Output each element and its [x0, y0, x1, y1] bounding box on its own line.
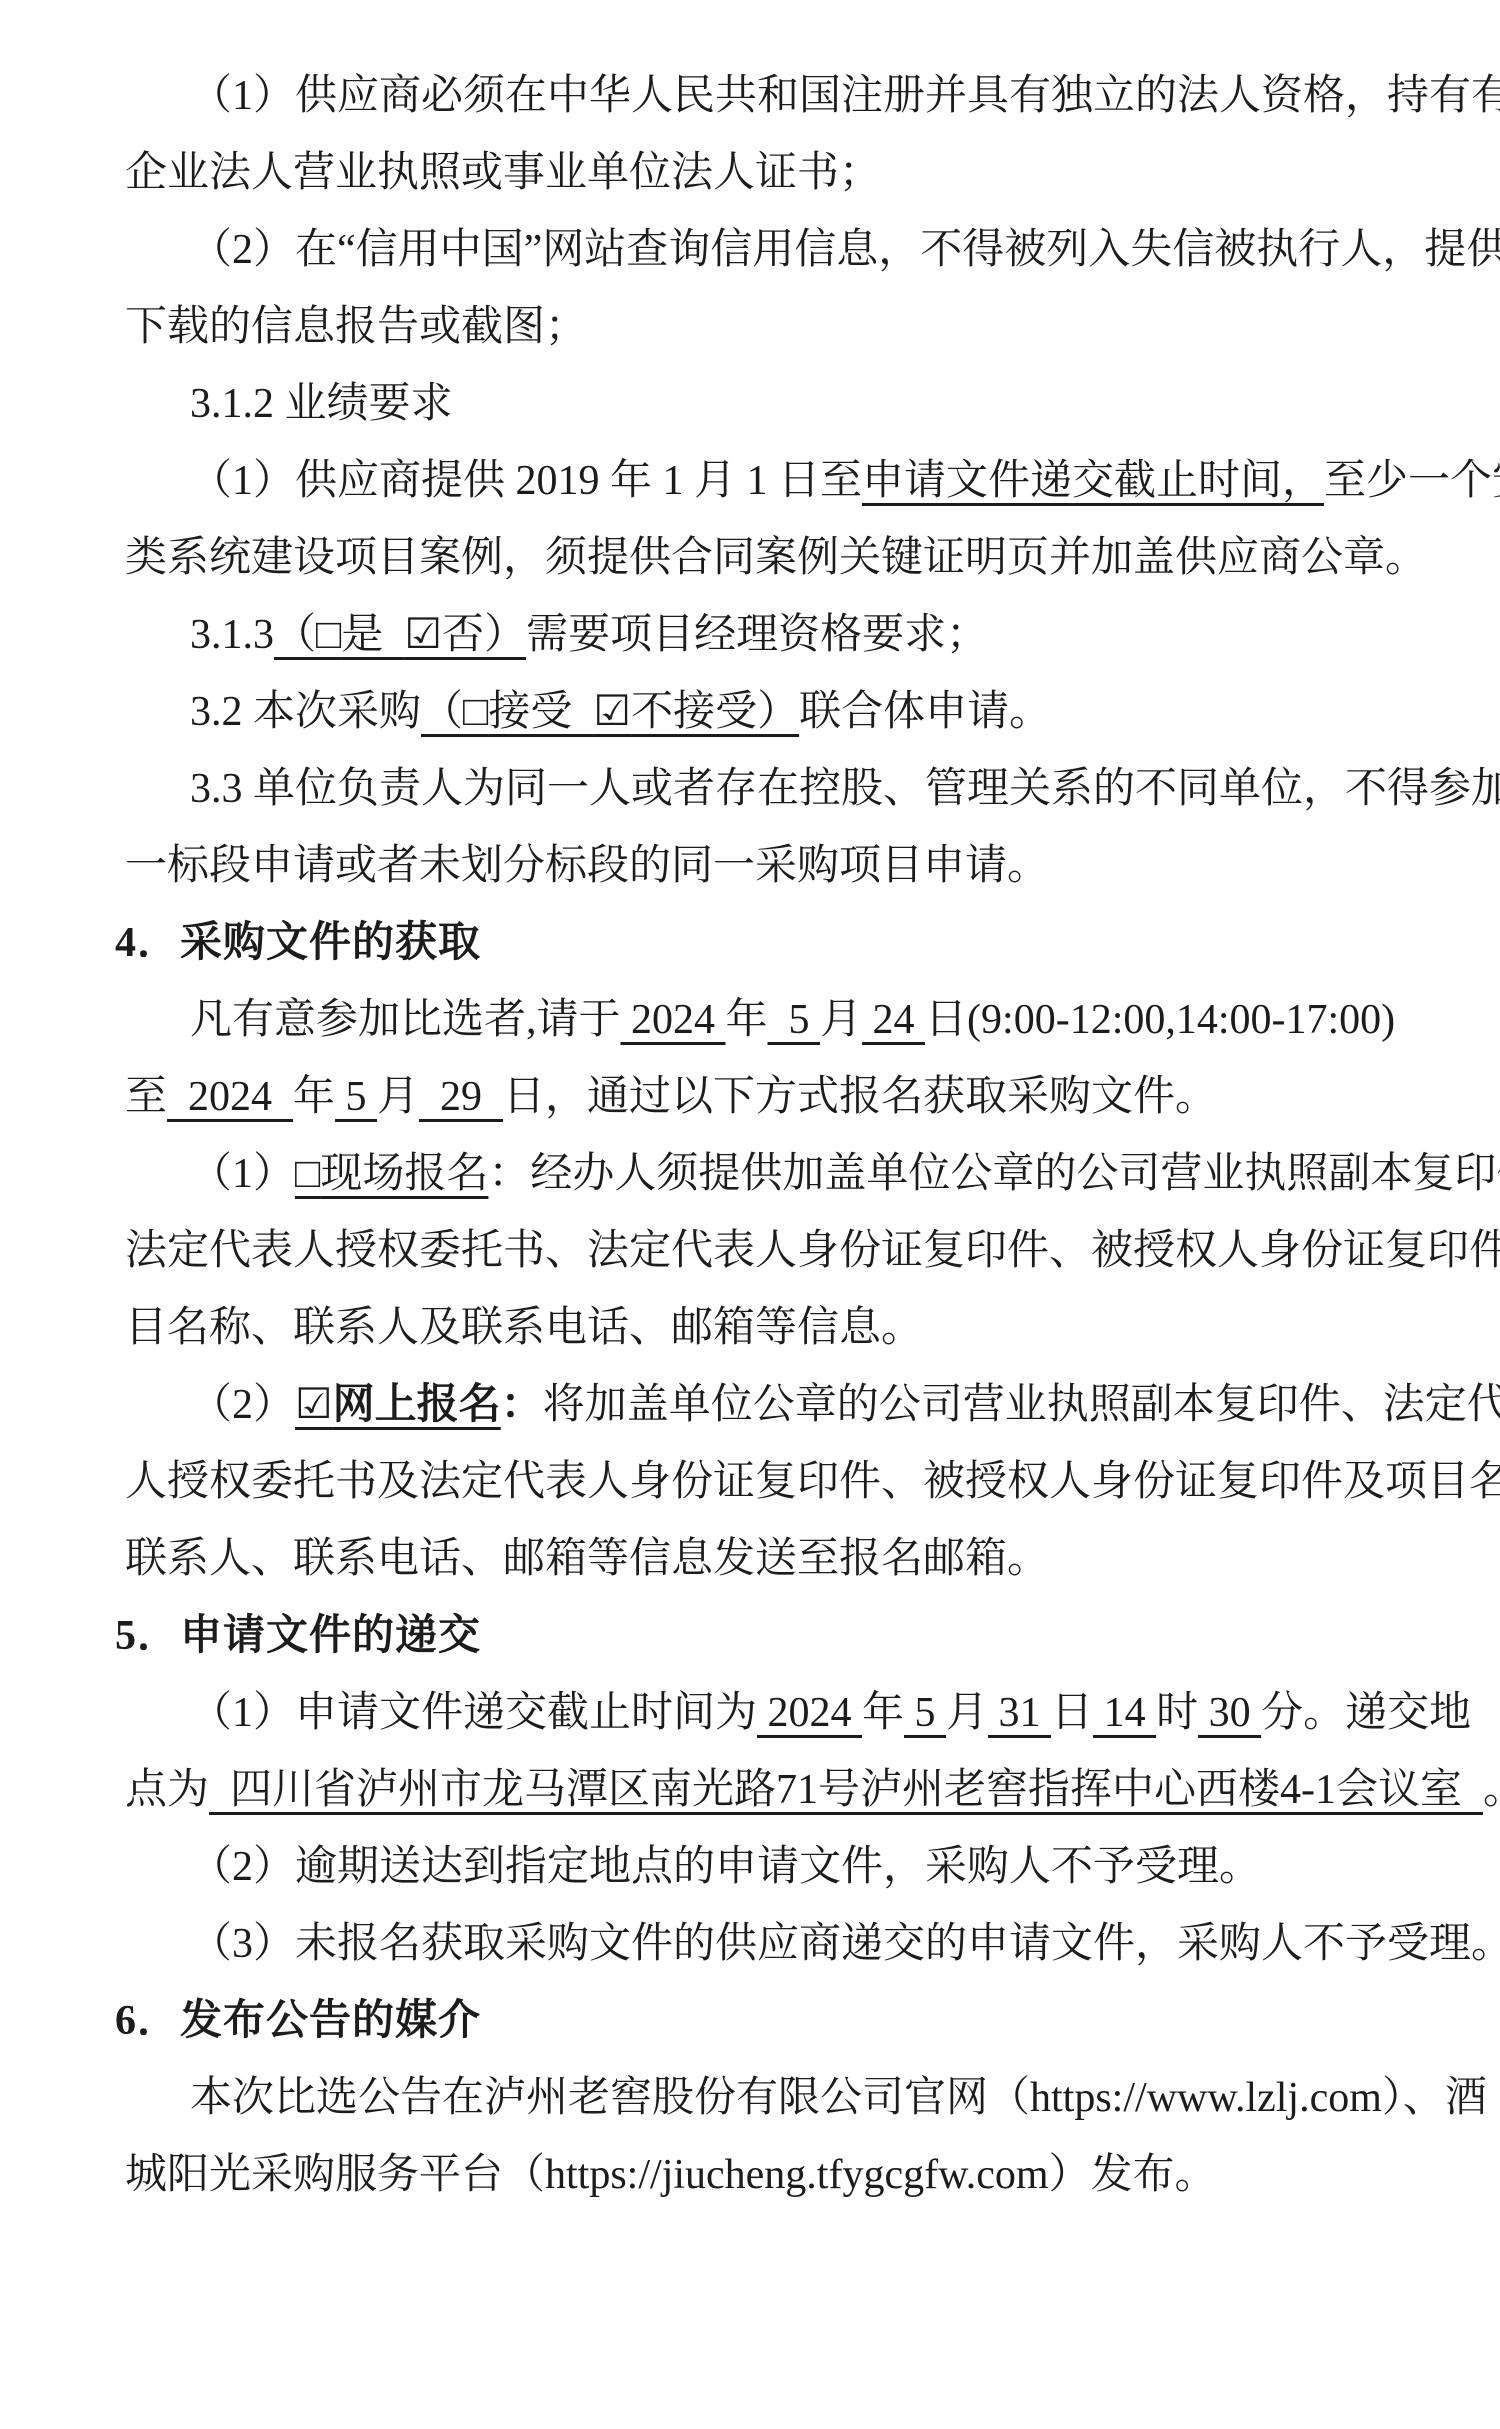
text-run: 4．采购文件的获取 — [115, 920, 481, 966]
text-run: 5．申请文件的递交 — [115, 1613, 481, 1659]
text-run: 需要项目经理资格要求； — [526, 612, 988, 658]
text-run: ： — [501, 1382, 543, 1428]
text-run: （ — [274, 612, 316, 658]
text-run: 将加盖单位公章的公司营业执照副本复印件、法定代表 — [543, 1382, 1500, 1428]
text-run: 本次比选公告在泸州老窖股份有限公司官网（https://www.lzlj.com… — [190, 2075, 1487, 2121]
text-run: 否） — [442, 612, 526, 658]
text-run: 类系统建设项目案例，须提供合同案例关键证明页并加盖供应商公章。 — [125, 535, 1427, 581]
text-run: （2）逾期送达到指定地点的申请文件，采购人不予受理。 — [190, 1844, 1261, 1890]
clause-3-3-cont: 一标段申请或者未划分标段的同一采购项目申请。 — [115, 828, 1430, 905]
text-run: 不接受） — [631, 689, 799, 735]
text-run: 3.2 本次采购 — [190, 689, 421, 735]
text-run: 是 — [341, 612, 404, 658]
para-online-registration: （2）☑网上报名：将加盖单位公章的公司营业执照副本复印件、法定代表 — [115, 1367, 1430, 1444]
text-run: 3.1.3 — [190, 612, 274, 658]
para-document-acquisition-cont: 至 2024 年 5 月 29 日，通过以下方式报名获取采购文件。 — [115, 1059, 1430, 1136]
text-run: （2）在“信用中国”网站查询信用信息，不得被列入失信被执行人，提供 — [190, 227, 1500, 273]
checkbox-unchecked-icon: □ — [295, 1151, 320, 1197]
text-run: 14 — [1093, 1690, 1156, 1736]
text-run: 。 — [1483, 1767, 1500, 1813]
text-run: 31 — [988, 1690, 1051, 1736]
checkbox-checked-icon: ☑ — [593, 689, 631, 735]
text-run: （1）申请文件递交截止时间为 — [190, 1690, 757, 1736]
text-run: 5 — [335, 1074, 377, 1120]
text-run: 下载的信息报告或截图； — [125, 304, 587, 350]
text-run: 联系人、联系电话、邮箱等信息发送至报名邮箱。 — [125, 1536, 1049, 1582]
checkbox-checked-icon: ☑ — [404, 612, 442, 658]
clause-3-3: 3.3 单位负责人为同一人或者存在控股、管理关系的不同单位，不得参加同 — [115, 751, 1430, 828]
para-supplier-qualification-1-cont: 企业法人营业执照或事业单位法人证书； — [115, 135, 1430, 212]
text-run: 2024 — [757, 1690, 862, 1736]
text-run: 30 — [1198, 1690, 1261, 1736]
para-late-submission: （2）逾期送达到指定地点的申请文件，采购人不予受理。 — [115, 1829, 1430, 1906]
text-run: ：经办人须提供加盖单位公章的公司营业执照副本复印件、 — [488, 1151, 1500, 1197]
para-onsite-registration-cont1: 法定代表人授权委托书、法定代表人身份证复印件、被授权人身份证复印件及项 — [115, 1213, 1430, 1290]
para-document-acquisition: 凡有意参加比选者,请于 2024 年 5 月 24 日(9:00-12:00,1… — [115, 982, 1430, 1059]
text-run: 网上报名 — [333, 1382, 501, 1428]
text-run: 目名称、联系人及联系电话、邮箱等信息。 — [125, 1305, 923, 1351]
section-5-heading: 5．申请文件的递交 — [115, 1598, 1430, 1675]
para-announcement-media: 本次比选公告在泸州老窖股份有限公司官网（https://www.lzlj.com… — [115, 2060, 1430, 2137]
checkbox-unchecked-icon: □ — [463, 689, 488, 735]
procurement-notice-page: （1）供应商必须在中华人民共和国注册并具有独立的法人资格，持有有效企业法人营业执… — [0, 0, 1500, 2429]
text-run: 月 — [820, 997, 862, 1043]
text-run: 城阳光采购服务平台（https://jiucheng.tfygcgfw.com）… — [125, 2152, 1217, 2198]
text-run: （ — [421, 689, 463, 735]
text-run: 四川省泸州市龙马潭区南光路71号泸州老窖指挥中心西楼4-1会议室 — [209, 1767, 1483, 1813]
para-performance-requirement-cont: 类系统建设项目案例，须提供合同案例关键证明页并加盖供应商公章。 — [115, 520, 1430, 597]
text-run: 日，通过以下方式报名获取采购文件。 — [503, 1074, 1217, 1120]
text-run: 年 — [293, 1074, 335, 1120]
text-run: 点为 — [125, 1767, 209, 1813]
text-run: 至 — [125, 1074, 167, 1120]
para-unregistered-submission: （3）未报名获取采购文件的供应商递交的申请文件，采购人不予受理。 — [115, 1906, 1430, 1983]
para-online-registration-cont2: 联系人、联系电话、邮箱等信息发送至报名邮箱。 — [115, 1521, 1430, 1598]
text-run: 5 — [768, 997, 821, 1043]
text-run: 接受 — [488, 689, 593, 735]
text-run: 5 — [904, 1690, 946, 1736]
checkbox-unchecked-icon: □ — [316, 612, 341, 658]
text-run: （1） — [190, 1151, 295, 1197]
para-online-registration-cont1: 人授权委托书及法定代表人身份证复印件、被授权人身份证复印件及项目名称、 — [115, 1444, 1430, 1521]
text-run: 企业法人营业执照或事业单位法人证书； — [125, 150, 881, 196]
text-run: 凡有意参加比选者,请于 — [190, 997, 621, 1043]
text-run: 29 — [419, 1074, 503, 1120]
para-onsite-registration: （1）□现场报名：经办人须提供加盖单位公章的公司营业执照副本复印件、 — [115, 1136, 1430, 1213]
text-run: 时 — [1156, 1690, 1198, 1736]
para-submission-address: 点为 四川省泸州市龙马潭区南光路71号泸州老窖指挥中心西楼4-1会议室 。 — [115, 1752, 1430, 1829]
text-run: （1）供应商必须在中华人民共和国注册并具有独立的法人资格，持有有效 — [190, 73, 1500, 119]
text-run: 一标段申请或者未划分标段的同一采购项目申请。 — [125, 843, 1049, 889]
para-announcement-media-cont: 城阳光采购服务平台（https://jiucheng.tfygcgfw.com）… — [115, 2137, 1430, 2214]
para-performance-requirement: （1）供应商提供 2019 年 1 月 1 日至申请文件递交截止时间，至少一个安… — [115, 443, 1430, 520]
clause-3-2: 3.2 本次采购（□接受 ☑不接受）联合体申请。 — [115, 674, 1430, 751]
clause-3-1-3: 3.1.3（□是 ☑否）需要项目经理资格要求； — [115, 597, 1430, 674]
text-run: 法定代表人授权委托书、法定代表人身份证复印件、被授权人身份证复印件及项 — [125, 1228, 1500, 1274]
text-run: 年 — [726, 997, 768, 1043]
text-run: 月 — [377, 1074, 419, 1120]
text-run: 分。递交地 — [1261, 1690, 1471, 1736]
text-run: 现场报名 — [320, 1151, 488, 1197]
text-run: 日 — [1051, 1690, 1093, 1736]
section-4-heading: 4．采购文件的获取 — [115, 905, 1430, 982]
text-run: （1）供应商提供 2019 年 1 月 1 日至 — [190, 458, 862, 504]
text-run: 24 — [862, 997, 925, 1043]
para-supplier-qualification-1: （1）供应商必须在中华人民共和国注册并具有独立的法人资格，持有有效 — [115, 58, 1430, 135]
text-run: 2024 — [167, 1074, 293, 1120]
text-run: 2024 — [621, 997, 726, 1043]
text-run: 联合体申请。 — [799, 689, 1051, 735]
para-supplier-qualification-2: （2）在“信用中国”网站查询信用信息，不得被列入失信被执行人，提供 — [115, 212, 1430, 289]
para-onsite-registration-cont2: 目名称、联系人及联系电话、邮箱等信息。 — [115, 1290, 1430, 1367]
document-body: （1）供应商必须在中华人民共和国注册并具有独立的法人资格，持有有效企业法人营业执… — [115, 58, 1430, 2214]
text-run: 6．发布公告的媒介 — [115, 1998, 481, 2044]
text-run: 申请文件递交截止时间， — [862, 458, 1324, 504]
para-supplier-qualification-2-cont: 下载的信息报告或截图； — [115, 289, 1430, 366]
checkbox-checked-icon: ☑ — [295, 1382, 333, 1428]
text-run: 月 — [946, 1690, 988, 1736]
text-run: 3.3 单位负责人为同一人或者存在控股、管理关系的不同单位，不得参加同 — [190, 766, 1500, 812]
text-run: 至少一个安全 — [1324, 458, 1500, 504]
text-run: 日(9:00-12:00,14:00-17:00) — [925, 997, 1395, 1043]
text-run: 年 — [862, 1690, 904, 1736]
text-run: （3）未报名获取采购文件的供应商递交的申请文件，采购人不予受理。 — [190, 1921, 1500, 1967]
text-run: 人授权委托书及法定代表人身份证复印件、被授权人身份证复印件及项目名称、 — [125, 1459, 1500, 1505]
clause-3-1-2-heading: 3.1.2 业绩要求 — [115, 366, 1430, 443]
para-submission-deadline: （1）申请文件递交截止时间为 2024 年 5 月 31 日 14 时 30 分… — [115, 1675, 1430, 1752]
text-run: 3.1.2 业绩要求 — [190, 381, 453, 427]
section-6-heading: 6．发布公告的媒介 — [115, 1983, 1430, 2060]
text-run: （2） — [190, 1382, 295, 1428]
